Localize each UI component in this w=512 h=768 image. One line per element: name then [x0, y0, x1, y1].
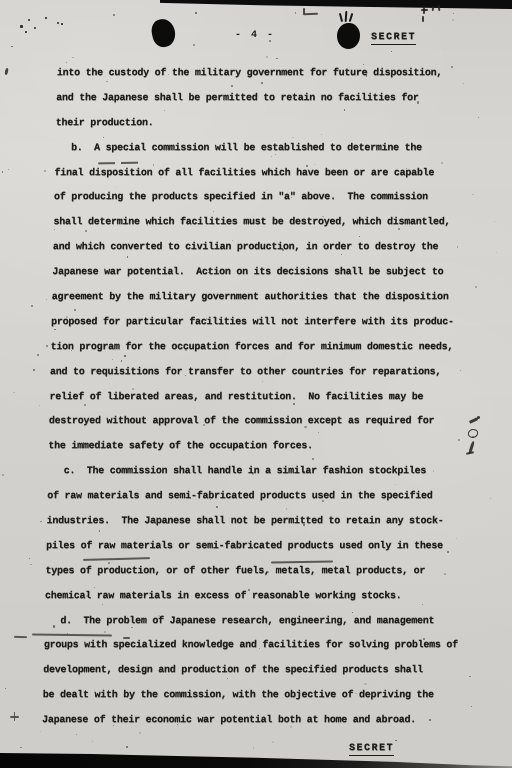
scan-speckle — [84, 404, 86, 406]
scan-speckle — [321, 134, 322, 135]
scan-speckle — [13, 392, 15, 394]
scan-speckle — [355, 693, 356, 694]
scan-speckle — [29, 558, 30, 559]
scan-speckle — [193, 44, 195, 46]
scan-speckle — [314, 164, 315, 165]
scan-speckle — [20, 25, 23, 28]
text-line: relief of liberated areas, and restituti… — [49, 386, 470, 411]
scan-speckle — [206, 318, 207, 319]
scan-speckle — [418, 15, 419, 16]
scan-speckle — [266, 56, 268, 58]
pencil-hook-mark — [303, 8, 305, 14]
scan-speckle — [45, 17, 47, 19]
scan-speckle — [318, 432, 319, 433]
ink-scratch — [349, 13, 354, 22]
scan-speckle — [261, 82, 263, 84]
scan-edge-bottom — [0, 751, 512, 768]
scan-speckle — [295, 12, 297, 14]
scan-speckle — [322, 500, 324, 502]
scan-speckle — [158, 615, 160, 617]
scan-speckle — [350, 274, 351, 275]
scan-speckle — [494, 221, 495, 222]
scan-speckle — [433, 470, 435, 472]
scan-edge-top — [160, 0, 512, 9]
scan-speckle — [57, 22, 59, 24]
scan-speckle — [475, 286, 477, 288]
scan-speckle — [72, 57, 74, 59]
handwritten-mark — [477, 416, 480, 419]
scan-speckle — [37, 354, 39, 356]
scan-speckle — [231, 85, 233, 87]
stray-comma-mark — [4, 68, 9, 76]
scan-speckle — [153, 319, 154, 320]
scan-speckle — [363, 64, 364, 65]
scan-speckle — [83, 442, 84, 443]
scan-speckle — [391, 51, 392, 52]
scan-speckle — [44, 170, 46, 172]
text-line: c. The commission shall handle in a simi… — [47, 460, 468, 485]
scan-speckle — [92, 741, 94, 743]
text-line: their production. — [55, 112, 476, 137]
scan-speckle — [132, 388, 134, 390]
text-line: b. A special commission will be establis… — [55, 137, 476, 162]
scan-speckle — [444, 573, 446, 575]
stray-pen-mark — [422, 16, 424, 22]
scan-speckle — [398, 228, 399, 229]
scan-speckle — [126, 746, 128, 748]
scan-speckle — [139, 732, 141, 734]
scan-speckle — [61, 23, 63, 25]
pencil-dash-left-margin — [14, 636, 27, 638]
scan-speckle — [108, 562, 110, 564]
classification-stamp-top: SECRET — [371, 32, 416, 45]
text-line: industries. The Japanese shall not be pe… — [46, 510, 467, 535]
scan-speckle — [471, 706, 472, 707]
pencil-hook-mark — [303, 13, 318, 15]
classification-stamp-bottom: SECRET — [349, 743, 394, 756]
text-line: and which converted to civilian producti… — [52, 236, 473, 261]
scan-speckle — [441, 162, 443, 164]
scan-speckle — [5, 688, 6, 689]
scan-speckle — [46, 345, 48, 347]
scan-speckle — [33, 369, 35, 371]
text-line: destroyed without approval of the commis… — [49, 410, 470, 435]
scan-speckle — [269, 40, 270, 41]
text-line: shall determine which facilities must be… — [53, 211, 474, 236]
text-line: piles of raw materials or semi-fabricate… — [46, 535, 467, 560]
handwritten-mark — [466, 451, 474, 455]
text-line: tion program for the occupation forces a… — [50, 336, 471, 361]
scan-speckle — [40, 731, 41, 732]
scan-speckle — [124, 355, 125, 356]
scan-speckle — [74, 309, 76, 311]
scan-speckle — [203, 424, 205, 426]
text-line: d. The problem of Japanese research, eng… — [44, 610, 465, 635]
scan-speckle — [121, 360, 123, 362]
scan-speckle — [195, 12, 196, 13]
scan-speckle — [34, 27, 36, 29]
scan-speckle — [267, 571, 269, 573]
text-line: final disposition of all facilities whic… — [54, 162, 475, 187]
scan-speckle — [248, 589, 250, 591]
scan-speckle — [244, 623, 245, 624]
text-line: into the custody of the military governm… — [56, 62, 477, 87]
scan-speckle — [20, 747, 22, 749]
stray-pen-mark — [423, 6, 425, 14]
scan-speckle — [417, 101, 419, 103]
scan-speckle — [113, 14, 115, 16]
scan-speckle — [58, 170, 59, 171]
scan-speckle — [136, 243, 137, 244]
text-line: and the Japanese shall be permitted to r… — [56, 87, 477, 112]
scan-speckle — [463, 83, 464, 84]
scan-speckle — [452, 19, 454, 21]
text-line: agreement by the military government aut… — [51, 286, 472, 311]
scan-speckle — [85, 230, 87, 232]
scan-speckle — [31, 305, 33, 307]
scan-speckle — [252, 473, 254, 475]
ink-scratch — [345, 11, 348, 22]
text-line: and to requisitions for transfer to othe… — [50, 361, 471, 386]
scan-speckle — [208, 272, 209, 273]
scan-speckle — [28, 19, 30, 21]
stray-pen-mark — [432, 6, 434, 11]
scan-speckle — [429, 719, 431, 721]
scanned-document-page: - 4 - SECRET into the custody of the mil… — [0, 0, 512, 768]
scan-speckle — [127, 256, 129, 258]
scan-speckle — [46, 299, 47, 300]
scan-speckle — [164, 110, 165, 111]
scan-speckle — [451, 66, 453, 68]
text-line: Japanese of their economic war potential… — [42, 709, 463, 734]
scan-speckle — [86, 595, 88, 597]
scan-speckle — [67, 633, 68, 634]
scan-speckle — [2, 171, 3, 172]
text-line: groups with specialized knowledge and fa… — [43, 634, 464, 659]
scan-speckle — [469, 676, 471, 678]
scan-speckle — [54, 329, 56, 331]
scan-speckle — [40, 521, 42, 523]
ink-scratch — [339, 13, 343, 22]
text-line: Japanese war potential. Action on its de… — [52, 261, 473, 286]
pencil-tick — [123, 637, 130, 639]
scan-speckle — [472, 194, 474, 196]
scan-speckle — [102, 604, 103, 605]
scan-speckle — [478, 117, 479, 118]
scan-speckle — [167, 522, 169, 524]
scan-speckle — [496, 252, 497, 253]
scan-speckle — [447, 551, 449, 553]
scan-speckle — [216, 506, 218, 508]
scan-speckle — [312, 458, 314, 460]
ink-blot-left — [150, 17, 178, 49]
scan-speckle — [153, 164, 155, 166]
text-line: of raw materials and semi-fabricated pro… — [47, 485, 468, 510]
scan-speckle — [30, 564, 32, 566]
scan-speckle — [147, 225, 148, 226]
scan-speckle — [366, 75, 368, 77]
scan-speckle — [2, 474, 4, 476]
scan-speckle — [395, 740, 397, 742]
text-line: be dealt with by the commission, with th… — [42, 684, 463, 709]
scan-speckle — [472, 436, 474, 438]
scan-speckle — [303, 524, 305, 526]
scan-speckle — [272, 741, 274, 743]
scan-speckle — [25, 31, 27, 33]
text-line: the immediate safety of the occupation f… — [48, 435, 469, 460]
scan-speckle — [319, 70, 321, 72]
text-line: of producing the products specified in "… — [54, 186, 475, 211]
scan-speckle — [39, 405, 40, 406]
scan-speckle — [374, 395, 376, 397]
scan-speckle — [453, 13, 454, 14]
scan-speckle — [304, 426, 306, 428]
scan-speckle — [253, 747, 254, 748]
text-line: chemical raw materials in excess of reas… — [45, 585, 466, 610]
scan-speckle — [276, 58, 277, 59]
scan-speckle — [393, 218, 394, 219]
ink-blot-right — [337, 23, 360, 49]
text-line: development, design and production of th… — [43, 659, 464, 684]
text-line: proposed for particular facilities will … — [51, 311, 472, 336]
scan-speckle — [8, 169, 9, 170]
scan-speckle — [490, 498, 491, 499]
scan-speckle — [11, 46, 13, 48]
